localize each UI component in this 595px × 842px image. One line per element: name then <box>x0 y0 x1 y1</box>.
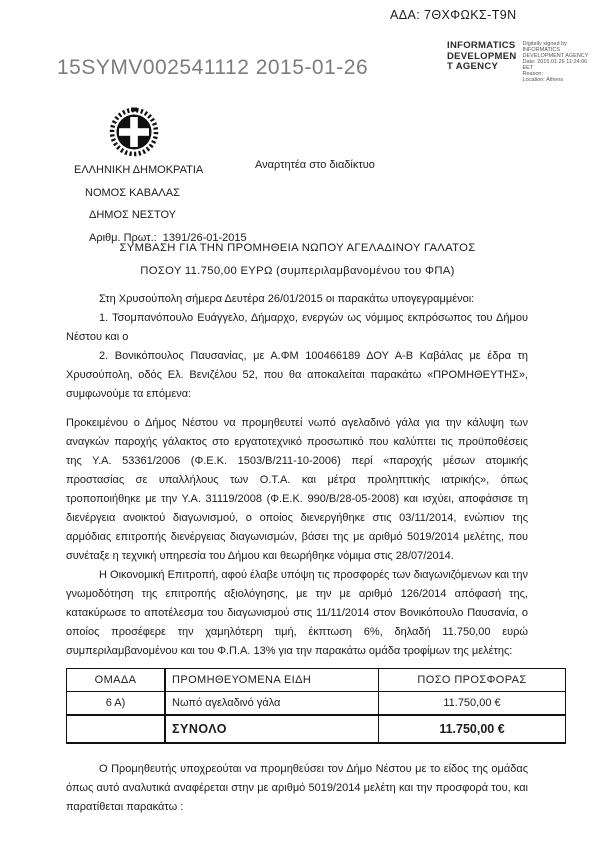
offer-table-row: 6 Α) Νωπό αγελαδινό γάλα 11.750,00 € <box>67 692 566 716</box>
signature-agency-line: INFORMATICS <box>447 41 517 52</box>
offer-total-empty-cell <box>67 715 166 743</box>
offer-row-amount: 11.750,00 € <box>379 692 566 716</box>
greek-national-emblem-icon <box>104 106 164 160</box>
issuer-prefecture: ΝΟΜΟΣ ΚΑΒΑΛΑΣ <box>74 182 247 205</box>
paragraph-procurement-basis: Προκειμένου ο Δήμος Νέστου να προμηθευτε… <box>66 414 528 566</box>
issuer-header: ΕΛΛΗΝΙΚΗ ΔΗΜΟΚΡΑΤΙΑ ΝΟΜΟΣ ΚΑΒΑΛΑΣ ΔΗΜΟΣ … <box>74 159 247 249</box>
offer-total-amount: 11.750,00 € <box>379 715 566 743</box>
offer-row-group: 6 Α) <box>67 692 166 716</box>
document-title-line1: ΣΥΜΒΑΣΗ ΓΙΑ ΤΗΝ ΠΡΟΜΗΘΕΙΑ ΝΩΠΟΥ ΑΓΕΛΑΔΙΝ… <box>0 237 595 260</box>
digital-signature-stamp: INFORMATICS DEVELOPMEN T AGENCY Digitall… <box>447 41 588 83</box>
offer-table-total-row: ΣΥΝΟΛΟ 11.750,00 € <box>67 715 566 743</box>
offer-table-header-group: ΟΜΑΔΑ <box>67 669 166 692</box>
signature-details: Digitally signed by INFORMATICS DEVELOPM… <box>523 41 589 83</box>
paragraph-intro: Στη Χρυσούπολη σήμερα Δευτέρα 26/01/2015… <box>66 290 528 309</box>
document-title: ΣΥΜΒΑΣΗ ΓΙΑ ΤΗΝ ΠΡΟΜΗΘΕΙΑ ΝΩΠΟΥ ΑΓΕΛΑΔΙΝ… <box>0 237 595 283</box>
document-page: { "meta": { "ada": "ΑΔΑ: 7ΘΧΦΩΚΣ-Τ9Ν", "… <box>0 0 595 842</box>
paragraph-award-decision: Η Οικονομική Επιτροπή, αφού έλαβε υπόψη … <box>66 566 528 661</box>
web-posting-note: Αναρτητέα στο διαδίκτυο <box>255 159 375 171</box>
offer-table-header-items: ΠΡΟΜΗΘΕΥΟΜΕΝΑ ΕΙΔΗ <box>165 669 379 692</box>
paragraph-party-1: 1. Τσομπανόπουλο Ευάγγελο, Δήμαρχο, ενερ… <box>66 309 528 347</box>
ada-code: ΑΔΑ: 7ΘΧΦΩΚΣ-Τ9Ν <box>390 8 517 22</box>
offer-table: ΟΜΑΔΑ ΠΡΟΜΗΘΕΥΟΜΕΝΑ ΕΙΔΗ ΠΟΣΟ ΠΡΟΣΦΟΡΑΣ … <box>66 668 566 744</box>
signature-agency-line: T AGENCY <box>447 62 517 73</box>
paragraph-party-2: 2. Βονικόπουλος Παυσανίας, με Α.ΦΜ 10046… <box>66 347 528 404</box>
paragraph-supplier-obligation: Ο Προμηθευτής υποχρεούται να προμηθεύσει… <box>66 760 528 817</box>
signature-agency-name: INFORMATICS DEVELOPMEN T AGENCY <box>447 41 517 83</box>
document-body: Στη Χρυσούπολη σήμερα Δευτέρα 26/01/2015… <box>66 290 528 817</box>
document-title-line2: ΠΟΣΟΥ 11.750,00 ΕΥΡΩ (συμπεριλαμβανομένο… <box>0 260 595 283</box>
signature-detail-line: Location: Athens <box>523 77 589 83</box>
document-registry-id: 15SYMV002541112 2015-01-26 <box>57 56 368 80</box>
offer-row-item: Νωπό αγελαδινό γάλα <box>165 692 379 716</box>
offer-total-label: ΣΥΝΟΛΟ <box>165 715 379 743</box>
offer-table-header-amount: ΠΟΣΟ ΠΡΟΣΦΟΡΑΣ <box>379 669 566 692</box>
offer-table-header-row: ΟΜΑΔΑ ΠΡΟΜΗΘΕΥΟΜΕΝΑ ΕΙΔΗ ΠΟΣΟ ΠΡΟΣΦΟΡΑΣ <box>67 669 566 692</box>
issuer-municipality: ΔΗΜΟΣ ΝΕΣΤΟΥ <box>74 204 247 227</box>
issuer-authority: ΕΛΛΗΝΙΚΗ ΔΗΜΟΚΡΑΤΙΑ <box>74 159 247 182</box>
